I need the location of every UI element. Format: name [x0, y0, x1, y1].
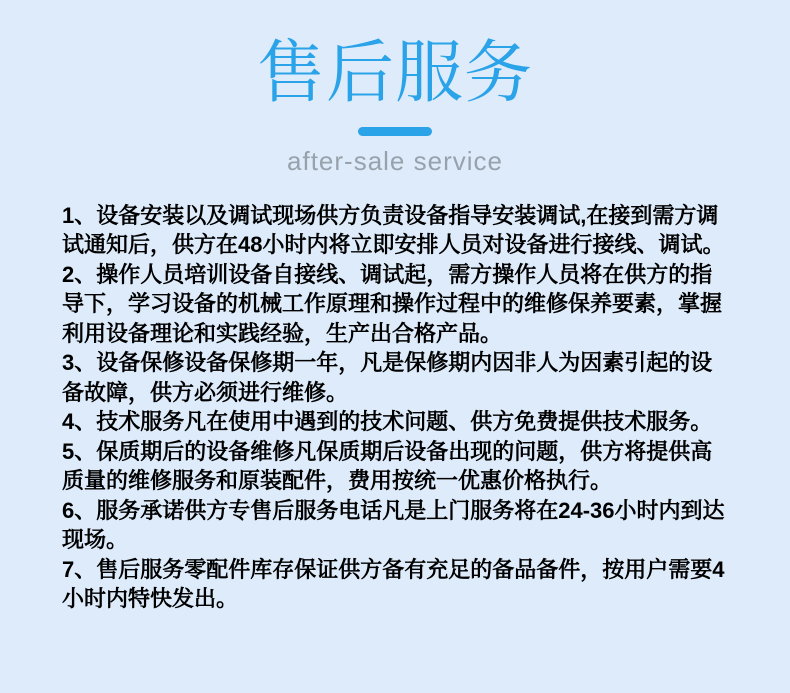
- service-term-item: 1、设备安装以及调试现场供方负责设备指导安装调试,在接到需方调试通知后，供方在4…: [62, 201, 727, 260]
- service-term-item: 5、保质期后的设备维修凡保质期后设备出现的问题，供方将提供高质量的维修服务和原装…: [62, 437, 727, 496]
- service-terms-list: 1、设备安装以及调试现场供方负责设备指导安装调试,在接到需方调试通知后，供方在4…: [62, 201, 727, 614]
- service-term-item: 2、操作人员培训设备自接线、调试起，需方操作人员将在供方的指导下，学习设备的机械…: [62, 260, 727, 349]
- service-term-item: 7、售后服务零配件库存保证供方备有充足的备品备件，按用户需要4小时内特快发出。: [62, 555, 727, 614]
- service-term-item: 3、设备保修设备保修期一年，凡是保修期内因非人为因素引起的设备故障，供方必须进行…: [62, 348, 727, 407]
- page-subtitle: after-sale service: [0, 147, 790, 176]
- page-title: 售后服务: [0, 0, 790, 109]
- service-term-item: 6、服务承诺供方专售后服务电话凡是上门服务将在24-36小时内到达现场。: [62, 496, 727, 555]
- service-term-item: 4、技术服务凡在使用中遇到的技术问题、供方免费提供技术服务。: [62, 407, 727, 437]
- after-sale-service-page: 售后服务 after-sale service 1、设备安装以及调试现场供方负责…: [0, 0, 790, 693]
- title-underline-bar: [358, 127, 432, 136]
